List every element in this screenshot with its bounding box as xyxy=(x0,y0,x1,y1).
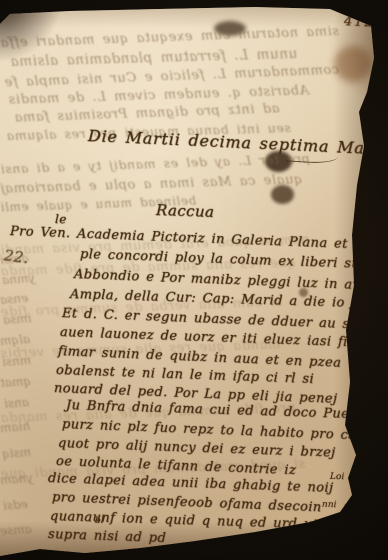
bleedthrough-fragment: edsi xyxy=(3,497,29,513)
manuscript-photo: sima notarum cum exequta que mandari eff… xyxy=(0,0,388,560)
bleedthrough-fragment: msiq xyxy=(2,445,32,461)
margin-note: le xyxy=(55,212,67,226)
margin-number: 22. xyxy=(3,246,30,267)
bleedthrough-fragment: hiam xyxy=(0,419,31,435)
manuscript-line: supra nisi ad pd xyxy=(48,527,167,546)
rust-stain xyxy=(334,46,372,82)
bleedthrough-fragment: imsa xyxy=(3,311,32,327)
heading-place: Raccua xyxy=(156,201,215,221)
superscript-note: bl xyxy=(95,516,104,526)
superscript-note: Loi xyxy=(330,472,345,482)
bleedthrough-fragment: ymna xyxy=(2,271,36,287)
superscript-note: pi xyxy=(344,502,353,512)
bleedthrough-fragment: ensa xyxy=(0,291,29,307)
bleedthrough-fragment: amse xyxy=(0,522,32,538)
bleedthrough-fragment: ansi xyxy=(4,395,30,411)
bleedthrough-fragment: ynam xyxy=(0,471,33,487)
bleedthrough-fragment: mnsi xyxy=(2,353,32,369)
bleedthrough-fragment: alqm xyxy=(0,332,31,348)
folio-number: 412 xyxy=(344,14,376,31)
bleedthrough-line: quale ca Mas iman a oplu e banariomaj xyxy=(0,172,303,196)
ink-stain xyxy=(306,523,350,540)
manuscript-page: sima notarum cum exequta que mandari eff… xyxy=(0,0,388,560)
superscript-note: nni xyxy=(322,500,337,510)
bleedthrough-fragment: qmat xyxy=(0,374,31,390)
